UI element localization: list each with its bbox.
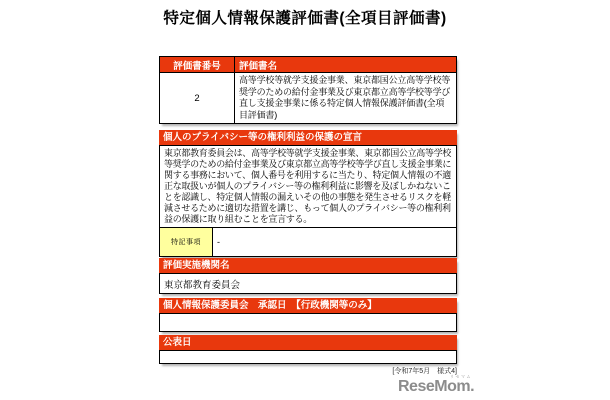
declaration-body-text: 東京都教育委員会は、高等学校等就学支援金事業、東京都国公立高等学校等奨学のための… bbox=[159, 145, 457, 228]
agency-name-value: 東京都教育委員会 bbox=[159, 273, 457, 294]
eval-name-value: 高等学校等就学支援金事業、東京都国公立高等学校等奨学のための給付金事業及び東京都… bbox=[235, 73, 457, 124]
resemom-logo-text: ReseMom. bbox=[398, 379, 474, 395]
document-column: 評価書番号 評価書名 2 高等学校等就学支援金事業、東京都国公立高等学校等奨学の… bbox=[159, 0, 457, 400]
eval-name-column-header: 評価書名 bbox=[235, 57, 457, 73]
evaluation-id-value-row: 2 高等学校等就学支援金事業、東京都国公立高等学校等奨学のための給付金事業及び東… bbox=[160, 73, 457, 124]
approval-section: 個人情報保護委員会 承認日 【行政機関等のみ】 bbox=[159, 298, 457, 332]
declaration-section: 個人のプライバシー等の権利利益の保護の宣言 東京都教育委員会は、高等学校等就学支… bbox=[159, 130, 457, 257]
declaration-section-header: 個人のプライバシー等の権利利益の保護の宣言 bbox=[159, 130, 457, 145]
eval-number-column-header: 評価書番号 bbox=[160, 57, 235, 73]
evaluation-id-header-row: 評価書番号 評価書名 bbox=[160, 57, 457, 73]
evaluation-id-table: 評価書番号 評価書名 2 高等学校等就学支援金事業、東京都国公立高等学校等奨学の… bbox=[159, 56, 457, 124]
approval-section-header: 個人情報保護委員会 承認日 【行政機関等のみ】 bbox=[159, 298, 457, 313]
publication-date-value bbox=[159, 350, 457, 364]
approval-date-value bbox=[159, 313, 457, 332]
agency-section: 評価実施機関名 東京都教育委員会 bbox=[159, 258, 457, 294]
special-notes-label: 特記事項 bbox=[159, 227, 213, 257]
eval-number-value: 2 bbox=[160, 73, 235, 124]
document-page: 特定個人情報保護評価書(全項目評価書) 評価書番号 評価書名 2 高等学校等就学… bbox=[0, 0, 610, 400]
publication-section: 公表日 bbox=[159, 335, 457, 364]
special-notes-row: 特記事項 - bbox=[159, 227, 457, 257]
agency-section-header: 評価実施機関名 bbox=[159, 258, 457, 273]
resemom-logo: リセマム ReseMom. bbox=[398, 375, 488, 399]
publication-section-header: 公表日 bbox=[159, 335, 457, 350]
special-notes-value: - bbox=[213, 227, 457, 257]
